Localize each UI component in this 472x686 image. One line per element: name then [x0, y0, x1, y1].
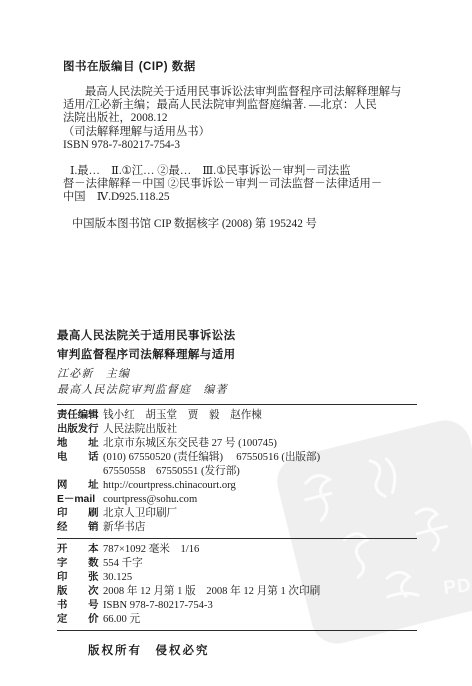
cip-record-number: 中国版本图书馆 CIP 数据核字 (2008) 第 195242 号	[63, 215, 472, 231]
colophon-row: E－mailcourtpress@sohu.com	[57, 493, 472, 507]
colophon-value: 北京市东城区东交民巷 27 号 (100745)	[103, 438, 277, 449]
colophon-row: 责任编辑钱小红 胡玉堂 贾 毅 赵作楝	[57, 409, 472, 423]
cip-block: 图书在版编目 (CIP) 数据 最高人民法院关于适用民事诉讼法审判监督程序司法解…	[63, 58, 472, 231]
spec-value: 787×1092 毫米 1/16	[103, 544, 199, 555]
cip-series-line: （司法解释理解与适用丛书）	[63, 126, 472, 139]
spec-value: ISBN 978-7-80217-754-3	[103, 600, 213, 611]
colophon-value: courtpress@sohu.com	[103, 494, 197, 505]
print-specs-section: 开 本787×1092 毫米 1/16 字 数554 千字 印 张30.125 …	[57, 543, 472, 627]
colophon-value: 钱小红 胡玉堂 贾 毅 赵作楝	[103, 410, 262, 421]
divider-middle	[57, 538, 417, 539]
spec-value: 66.00 元	[103, 614, 140, 625]
author-line: 最高人民法院审判监督庭 编著	[57, 382, 472, 398]
cip-description-line: 适用/江必新主编；最高人民法院审判监督庭编著. —北京：人民	[63, 99, 472, 112]
spec-row: 版 次2008 年 12 月第 1 版 2008 年 12 月第 1 次印刷	[57, 585, 472, 599]
cip-classification-line: 中国 Ⅳ.D925.118.25	[63, 191, 472, 204]
colophon-label: 印 刷	[57, 507, 103, 521]
spec-value: 554 千字	[103, 558, 143, 569]
spec-row: 定 价66.00 元	[57, 613, 472, 627]
colophon-value: 新华书店	[103, 522, 145, 533]
colophon-row: 电 话(010) 67550520 (责任编辑) 67550516 (出版部)	[57, 451, 472, 465]
book-title-line-2: 审判监督程序司法解释理解与适用	[57, 346, 472, 366]
chief-editor-line: 江必新 主编	[57, 366, 472, 382]
divider-bottom	[57, 630, 417, 631]
cip-classification: Ⅰ.最… Ⅱ.①江… ②最… Ⅲ.①民事诉讼－审判－司法监 督－法律解释－中国 …	[63, 165, 472, 205]
spec-label: 开 本	[57, 543, 103, 557]
colophon-label: 网 址	[57, 479, 103, 493]
divider-top	[57, 404, 417, 405]
spec-row: 字 数554 千字	[57, 557, 472, 571]
colophon-row-continuation: 67550558 67550551 (发行部)	[57, 465, 472, 479]
spec-label: 印 张	[57, 571, 103, 585]
spec-row: 书 号ISBN 978-7-80217-754-3	[57, 599, 472, 613]
book-title-block: 最高人民法院关于适用民事诉讼法 审判监督程序司法解释理解与适用 江必新 主编 最…	[57, 327, 472, 398]
copyright-notice: 版权所有 侵权必究	[57, 642, 472, 658]
cip-description-line: 最高人民法院关于适用民事诉讼法审判监督程序司法解释理解与	[63, 86, 472, 99]
colophon-value: 67550558 67550551 (发行部)	[103, 466, 240, 477]
colophon-row: 出版发行人民法院出版社	[57, 423, 472, 437]
colophon-label: 经 销	[57, 521, 103, 535]
colophon-value: (010) 67550520 (责任编辑) 67550516 (出版部)	[103, 452, 320, 463]
cip-isbn-line: ISBN 978-7-80217-754-3	[63, 139, 472, 152]
colophon-label: E－mail	[57, 493, 103, 507]
spec-label: 定 价	[57, 613, 103, 627]
colophon-row: 经 销新华书店	[57, 521, 472, 535]
colophon-value: 北京人卫印刷厂	[103, 508, 177, 519]
colophon-row: 地 址北京市东城区东交民巷 27 号 (100745)	[57, 437, 472, 451]
colophon-section: 责任编辑钱小红 胡玉堂 贾 毅 赵作楝 出版发行人民法院出版社 地 址北京市东城…	[57, 409, 472, 535]
copyright-page: 图书在版编目 (CIP) 数据 最高人民法院关于适用民事诉讼法审判监督程序司法解…	[0, 0, 472, 686]
colophon-label: 出版发行	[57, 423, 103, 437]
colophon-value: 人民法院出版社	[103, 424, 177, 435]
spec-value: 2008 年 12 月第 1 版 2008 年 12 月第 1 次印刷	[103, 586, 320, 597]
colophon-label: 责任编辑	[57, 409, 103, 423]
colophon-row: 印 刷北京人卫印刷厂	[57, 507, 472, 521]
cip-classification-line: 督－法律解释－中国 ②民事诉讼－审判－司法监督－法律适用－	[63, 178, 472, 191]
colophon-value: http://courtpress.chinacourt.org	[103, 480, 236, 491]
spec-label: 书 号	[57, 599, 103, 613]
spec-row: 开 本787×1092 毫米 1/16	[57, 543, 472, 557]
colophon-label: 地 址	[57, 437, 103, 451]
book-title-line-1: 最高人民法院关于适用民事诉讼法	[57, 327, 472, 347]
cip-header: 图书在版编目 (CIP) 数据	[63, 58, 472, 74]
spec-row: 印 张30.125	[57, 571, 472, 585]
cip-description: 最高人民法院关于适用民事诉讼法审判监督程序司法解释理解与 适用/江必新主编；最高…	[63, 86, 472, 152]
cip-description-line: 法院出版社，2008.12	[63, 112, 472, 125]
spec-label: 字 数	[57, 557, 103, 571]
cip-classification-line: Ⅰ.最… Ⅱ.①江… ②最… Ⅲ.①民事诉讼－审判－司法监	[63, 165, 472, 178]
colophon-row: 网 址http://courtpress.chinacourt.org	[57, 479, 472, 493]
colophon-label: 电 话	[57, 451, 103, 465]
spec-value: 30.125	[103, 572, 132, 583]
spec-label: 版 次	[57, 585, 103, 599]
